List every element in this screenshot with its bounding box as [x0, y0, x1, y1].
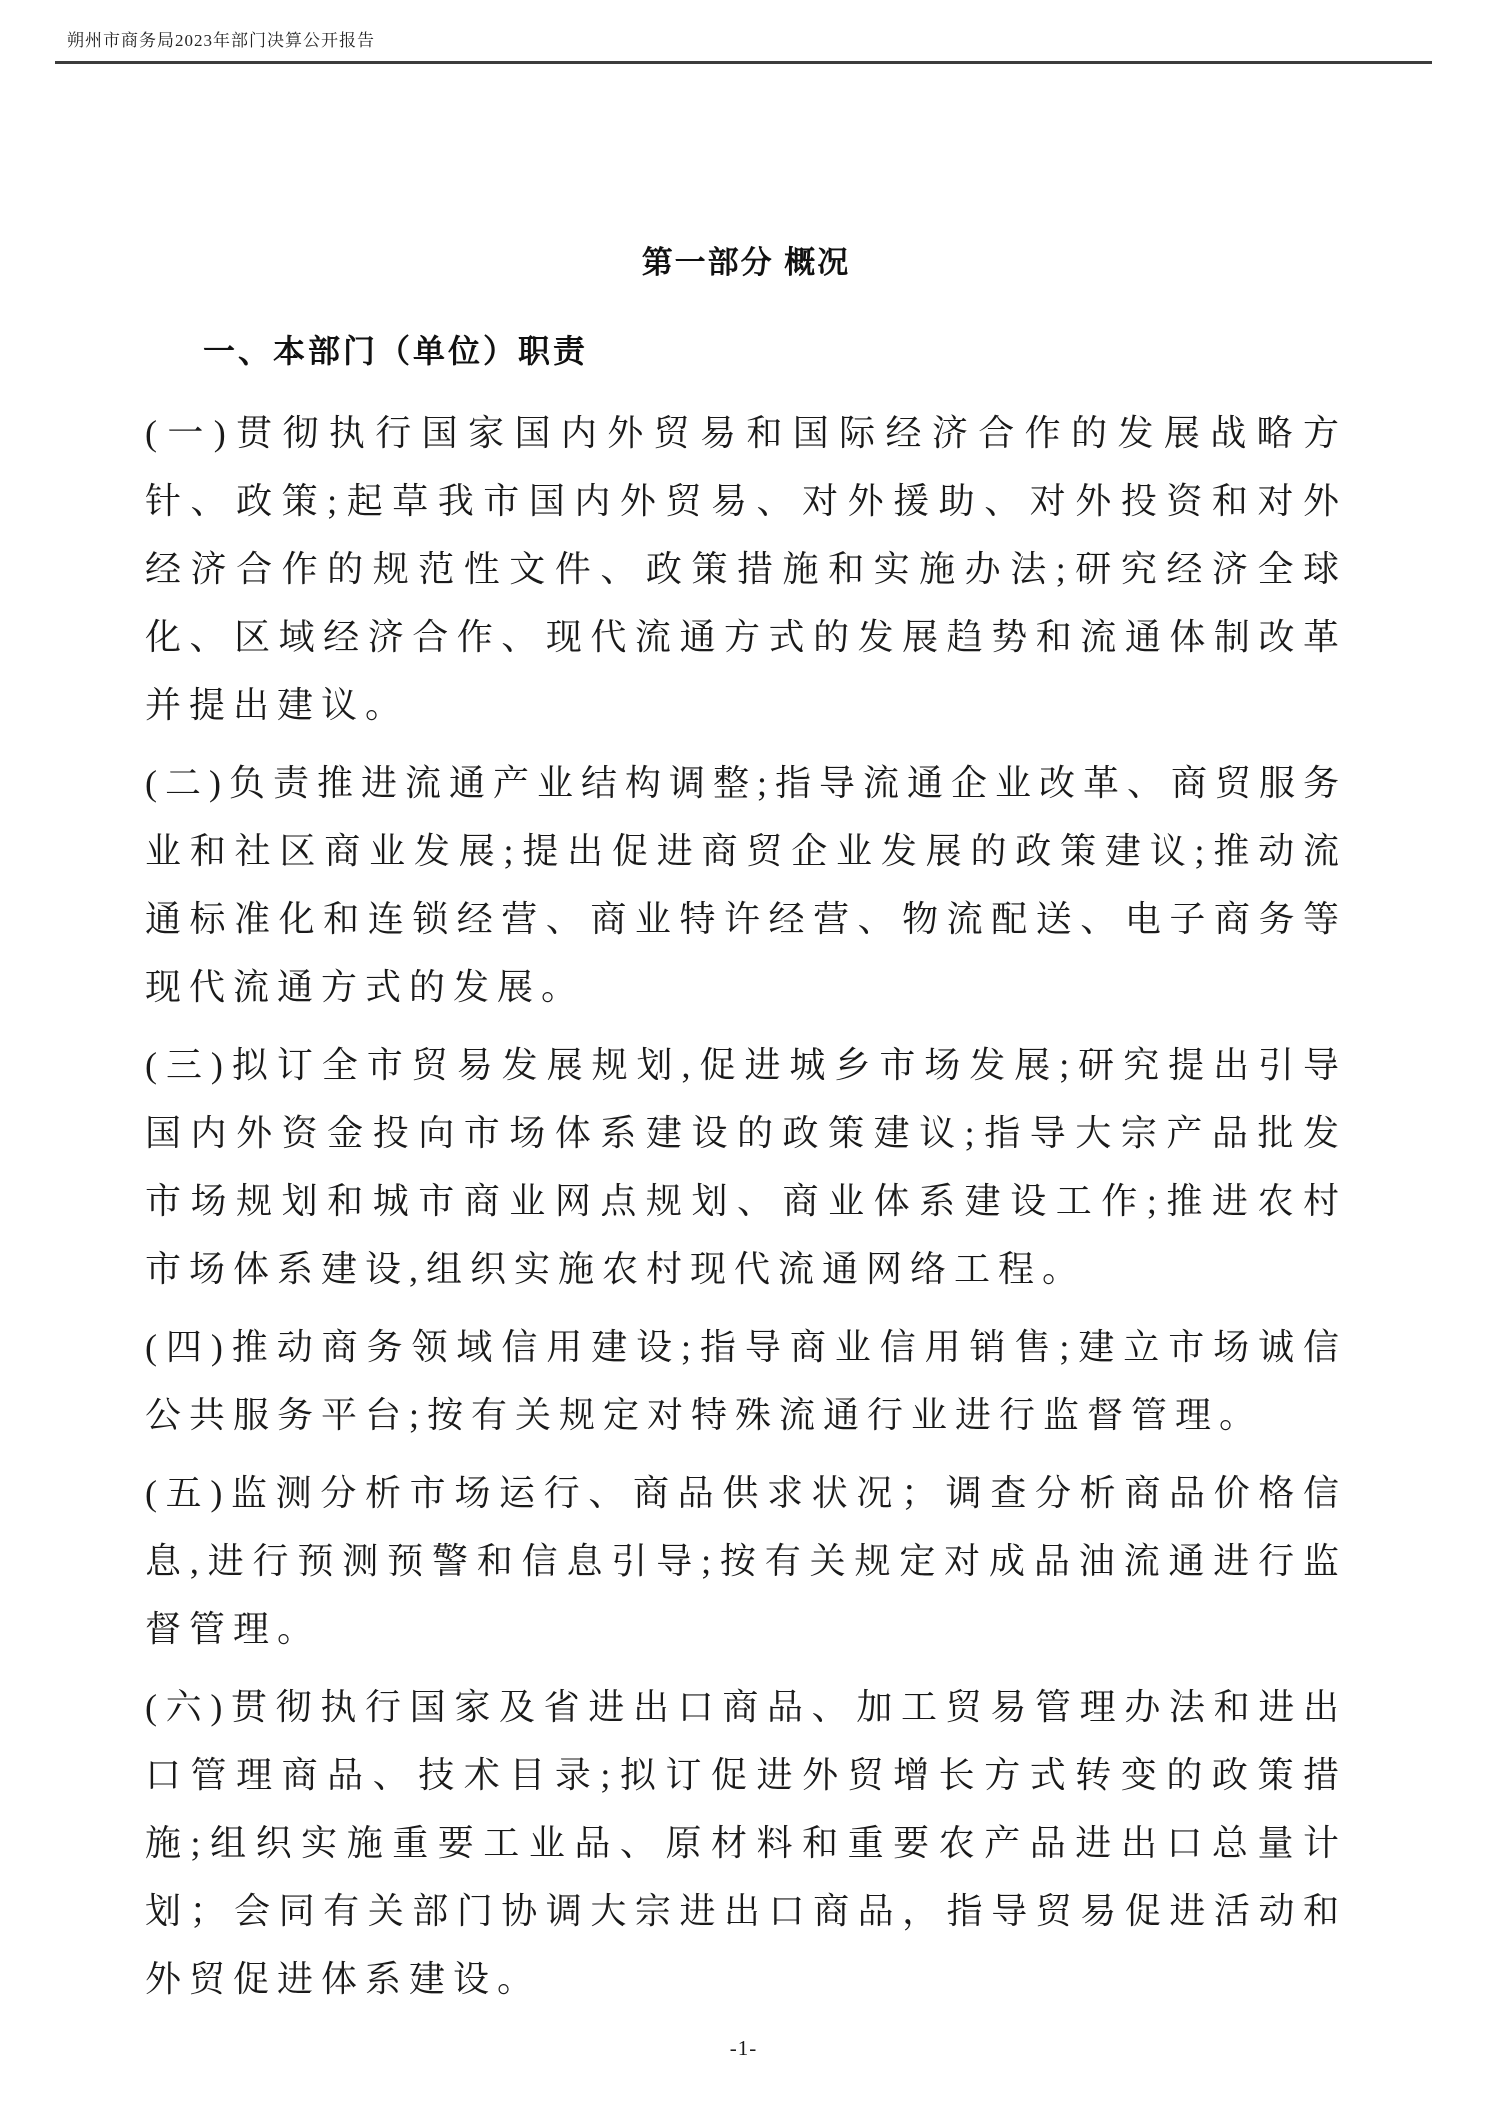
body-paragraph-3: (三)拟订全市贸易发展规划,促进城乡市场发展;研究提出引导国内外资金投向市场体系…: [145, 1031, 1347, 1303]
body-paragraph-2: (二)负责推进流通产业结构调整;指导流通企业改革、商贸服务业和社区商业发展;提出…: [145, 749, 1347, 1021]
body-paragraph-4: (四)推动商务领域信用建设;指导商业信用销售;建立市场诚信公共服务平台;按有关规…: [145, 1313, 1347, 1449]
body-text: (一)贯彻执行国家国内外贸易和国际经济合作的发展战略方针、政策;起草我市国内外贸…: [145, 399, 1347, 2013]
document-content: 第一部分 概况 一、本部门（单位）职责 (一)贯彻执行国家国内外贸易和国际经济合…: [145, 0, 1347, 2023]
page-footer: -1-: [0, 2036, 1487, 2061]
document-page: 朔州市商务局2023年部门决算公开报告 第一部分 概况 一、本部门（单位）职责 …: [0, 0, 1487, 2105]
part-title: 第一部分 概况: [145, 243, 1347, 283]
body-paragraph-6: (六)贯彻执行国家及省进出口商品、加工贸易管理办法和进出口管理商品、技术目录;拟…: [145, 1673, 1347, 2013]
body-paragraph-1: (一)贯彻执行国家国内外贸易和国际经济合作的发展战略方针、政策;起草我市国内外贸…: [145, 399, 1347, 739]
body-paragraph-5: (五)监测分析市场运行、商品供求状况；调查分析商品价格信息,进行预测预警和信息引…: [145, 1459, 1347, 1663]
section-heading: 一、本部门（单位）职责: [145, 329, 1347, 373]
page-number: -1-: [730, 2036, 758, 2060]
